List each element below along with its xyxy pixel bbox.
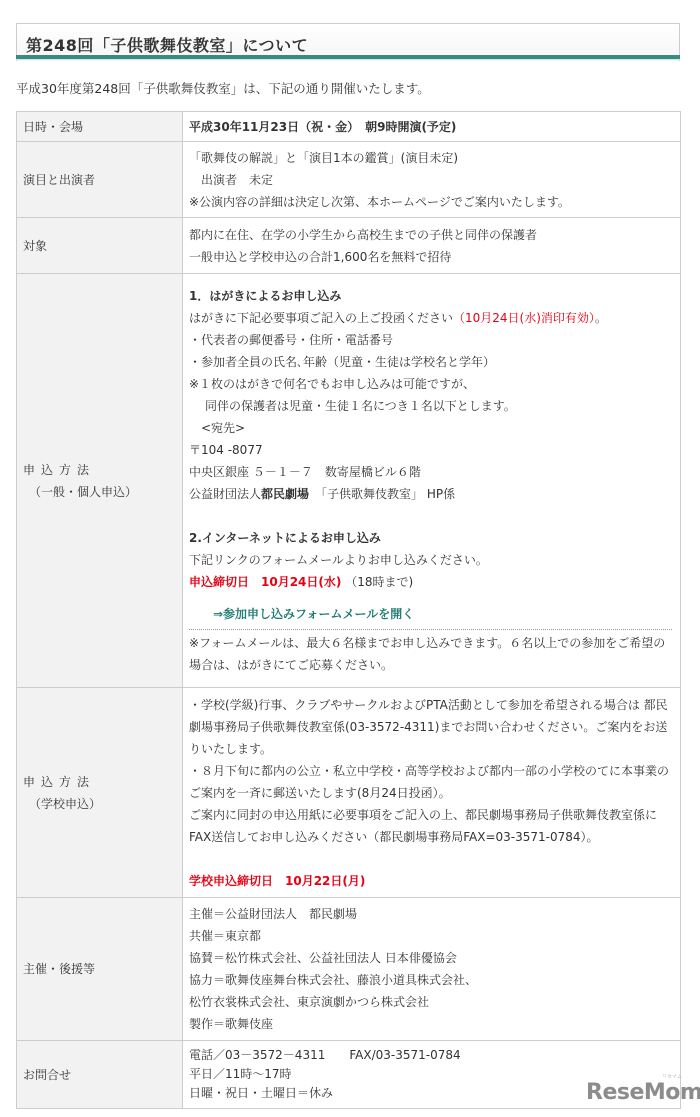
postcard-item: ・代表者の郵便番号・住所・電話番号 — [189, 329, 672, 351]
table-row-target: 対象 都内に在住、在学の小学生から高校生までの子供と同伴の保護者 一般申込と学校… — [17, 218, 681, 274]
school-paragraph: ご案内に同封の申込用紙に必要事項をご記入の上、都民劇場事務局子供歌舞伎教室係にF… — [189, 804, 672, 848]
postcard-item: ・参加者全員の氏名､年齢（児童・生徒は学校名と学年） — [189, 351, 672, 373]
table-row-datetime: 日時・会場 平成30年11月23日（祝・金） 朝9時開演(予定) — [17, 112, 681, 142]
row-sublabel: （学校申込） — [23, 793, 182, 815]
school-deadline: 学校申込締切日 10月22日(月) — [189, 870, 672, 892]
spacer — [189, 505, 672, 527]
row-value-program: 「歌舞伎の解説」と「演目1本の鑑賞」(演目未定) 出演者 未定 ※公演内容の詳細… — [183, 142, 681, 218]
organizer-line: 協賛＝松竹株式会社、公益社団法人 日本俳優協会 — [189, 947, 672, 969]
program-note: ※公演内容の詳細は決定し次第、本ホームページでご案内いたします。 — [189, 191, 672, 213]
internet-deadline-date: 申込締切日 10月24日(水) — [189, 575, 341, 589]
row-value-application-school: ・学校(学級)行事、クラブやサークルおよびPTA活動として参加を希望される場合は… — [183, 688, 681, 898]
page-title: 第248回「子供歌舞伎教室」について — [26, 33, 308, 56]
internet-deadline: 申込締切日 10月24日(水) （18時まで) — [189, 571, 672, 593]
table-row-program: 演目と出演者 「歌舞伎の解説」と「演目1本の鑑賞」(演目未定) 出演者 未定 ※… — [17, 142, 681, 218]
organizer-line: 製作＝歌舞伎座 — [189, 1013, 672, 1035]
postcard-item: 同伴の保護者は児童・生徒１名につき１名以下とします。 — [189, 395, 672, 417]
organizer-line: 共催＝東京都 — [189, 925, 672, 947]
form-mail-note: ※フォームメールは、最大６名様までお申し込みできます。６名以上での参加をご希望の… — [189, 632, 672, 676]
row-value-target: 都内に在住、在学の小学生から高校生までの子供と同伴の保護者 一般申込と学校申込の… — [183, 218, 681, 274]
heading-underline-highlight — [16, 59, 680, 60]
postcard-recipient: 公益財団法人都民劇場 「子供歌舞伎教室」 HP係 — [189, 483, 672, 505]
row-label: 演目と出演者 — [17, 142, 183, 218]
internet-deadline-note: （18時まで) — [345, 575, 413, 589]
intro-text: 平成30年度第248回「子供歌舞伎教室」は、下記の通り開催いたします。 — [16, 79, 430, 97]
postcard-postal-code: 〒104 -8077 — [189, 439, 672, 461]
row-label-application-general: 申込方法 （一般・個人申込） — [17, 274, 183, 688]
postcard-intro-end: 。 — [595, 311, 607, 325]
recipient-prefix: 公益財団法人 — [189, 487, 261, 501]
postcard-deadline: （10月24日(水)消印有効） — [453, 311, 595, 325]
contact-phone-fax: 電話／03－3572－4311 FAX/03-3571-0784 — [189, 1046, 672, 1065]
row-label: 主催・後援等 — [17, 898, 183, 1041]
program-line: 「歌舞伎の解説」と「演目1本の鑑賞」(演目未定) — [189, 147, 672, 169]
table-row-application-general: 申込方法 （一般・個人申込） 1．はがきによるお申し込み はがきに下記必要事項ご… — [17, 274, 681, 688]
organizer-line: 主催＝公益財団法人 都民劇場 — [189, 903, 672, 925]
school-paragraph: ・８月下旬に都内の公立・私立中学校・高等学校および都内一部の小学校のてに本事業の… — [189, 760, 672, 804]
table-row-contact: お問合せ 電話／03－3572－4311 FAX/03-3571-0784 平日… — [17, 1041, 681, 1109]
row-label: 申込方法 — [23, 463, 95, 477]
internet-heading: 2.インターネットによるお申し込み — [189, 527, 672, 549]
recipient-suffix: 「子供歌舞伎教室」 HP係 — [309, 487, 455, 501]
watermark-ruby: リセマム — [662, 1073, 682, 1080]
event-info-table: 日時・会場 平成30年11月23日（祝・金） 朝9時開演(予定) 演目と出演者 … — [16, 111, 681, 1109]
row-label: 対象 — [17, 218, 183, 274]
open-form-mail-link[interactable]: ⇒参加申し込みフォームメールを開く — [189, 603, 672, 625]
row-label: お問合せ — [17, 1041, 183, 1109]
performer-line: 出演者 未定 — [189, 169, 672, 191]
dotted-divider — [189, 629, 672, 630]
postcard-heading: 1．はがきによるお申し込み — [189, 285, 672, 307]
postcard-intro: はがきに下記必要事項ご記入の上ご投函ください（10月24日(水)消印有効）。 — [189, 307, 672, 329]
row-sublabel: （一般・個人申込） — [23, 481, 182, 503]
organizer-line: 協力＝歌舞伎座舞台株式会社、藤浪小道具株式会社、 — [189, 969, 672, 991]
row-label: 日時・会場 — [17, 112, 183, 142]
postcard-address-heading: <宛先> — [189, 417, 672, 439]
row-value-application-general: 1．はがきによるお申し込み はがきに下記必要事項ご記入の上ご投函ください（10月… — [183, 274, 681, 688]
organizer-line: 松竹衣裳株式会社、東京演劇かつら株式会社 — [189, 991, 672, 1013]
table-row-organizers: 主催・後援等 主催＝公益財団法人 都民劇場 共催＝東京都 協賛＝松竹株式会社、公… — [17, 898, 681, 1041]
resemom-watermark-logo: ReseMom — [586, 1080, 700, 1105]
postcard-item: ※１枚のはがきで何名でもお申し込みは可能ですが、 — [189, 373, 672, 395]
target-line: 一般申込と学校申込の合計1,600名を無料で招待 — [189, 246, 672, 268]
row-label-application-school: 申込方法 （学校申込） — [17, 688, 183, 898]
row-value-organizers: 主催＝公益財団法人 都民劇場 共催＝東京都 協賛＝松竹株式会社、公益社団法人 日… — [183, 898, 681, 1041]
school-paragraph: ・学校(学級)行事、クラブやサークルおよびPTA活動として参加を希望される場合は… — [189, 694, 672, 760]
recipient-org: 都民劇場 — [261, 487, 309, 501]
row-value-datetime: 平成30年11月23日（祝・金） 朝9時開演(予定) — [183, 112, 681, 142]
spacer — [189, 848, 672, 870]
row-label: 申込方法 — [23, 775, 95, 789]
postcard-address: 中央区銀座 ５－１－７ 数寄屋橋ビル６階 — [189, 461, 672, 483]
postcard-intro-text: はがきに下記必要事項ご記入の上ご投函ください — [189, 311, 453, 325]
table-row-application-school: 申込方法 （学校申込） ・学校(学級)行事、クラブやサークルおよびPTA活動とし… — [17, 688, 681, 898]
internet-intro: 下記リンクのフォームメールよりお申し込みください。 — [189, 549, 672, 571]
target-line: 都内に在住、在学の小学生から高校生までの子供と同伴の保護者 — [189, 224, 672, 246]
